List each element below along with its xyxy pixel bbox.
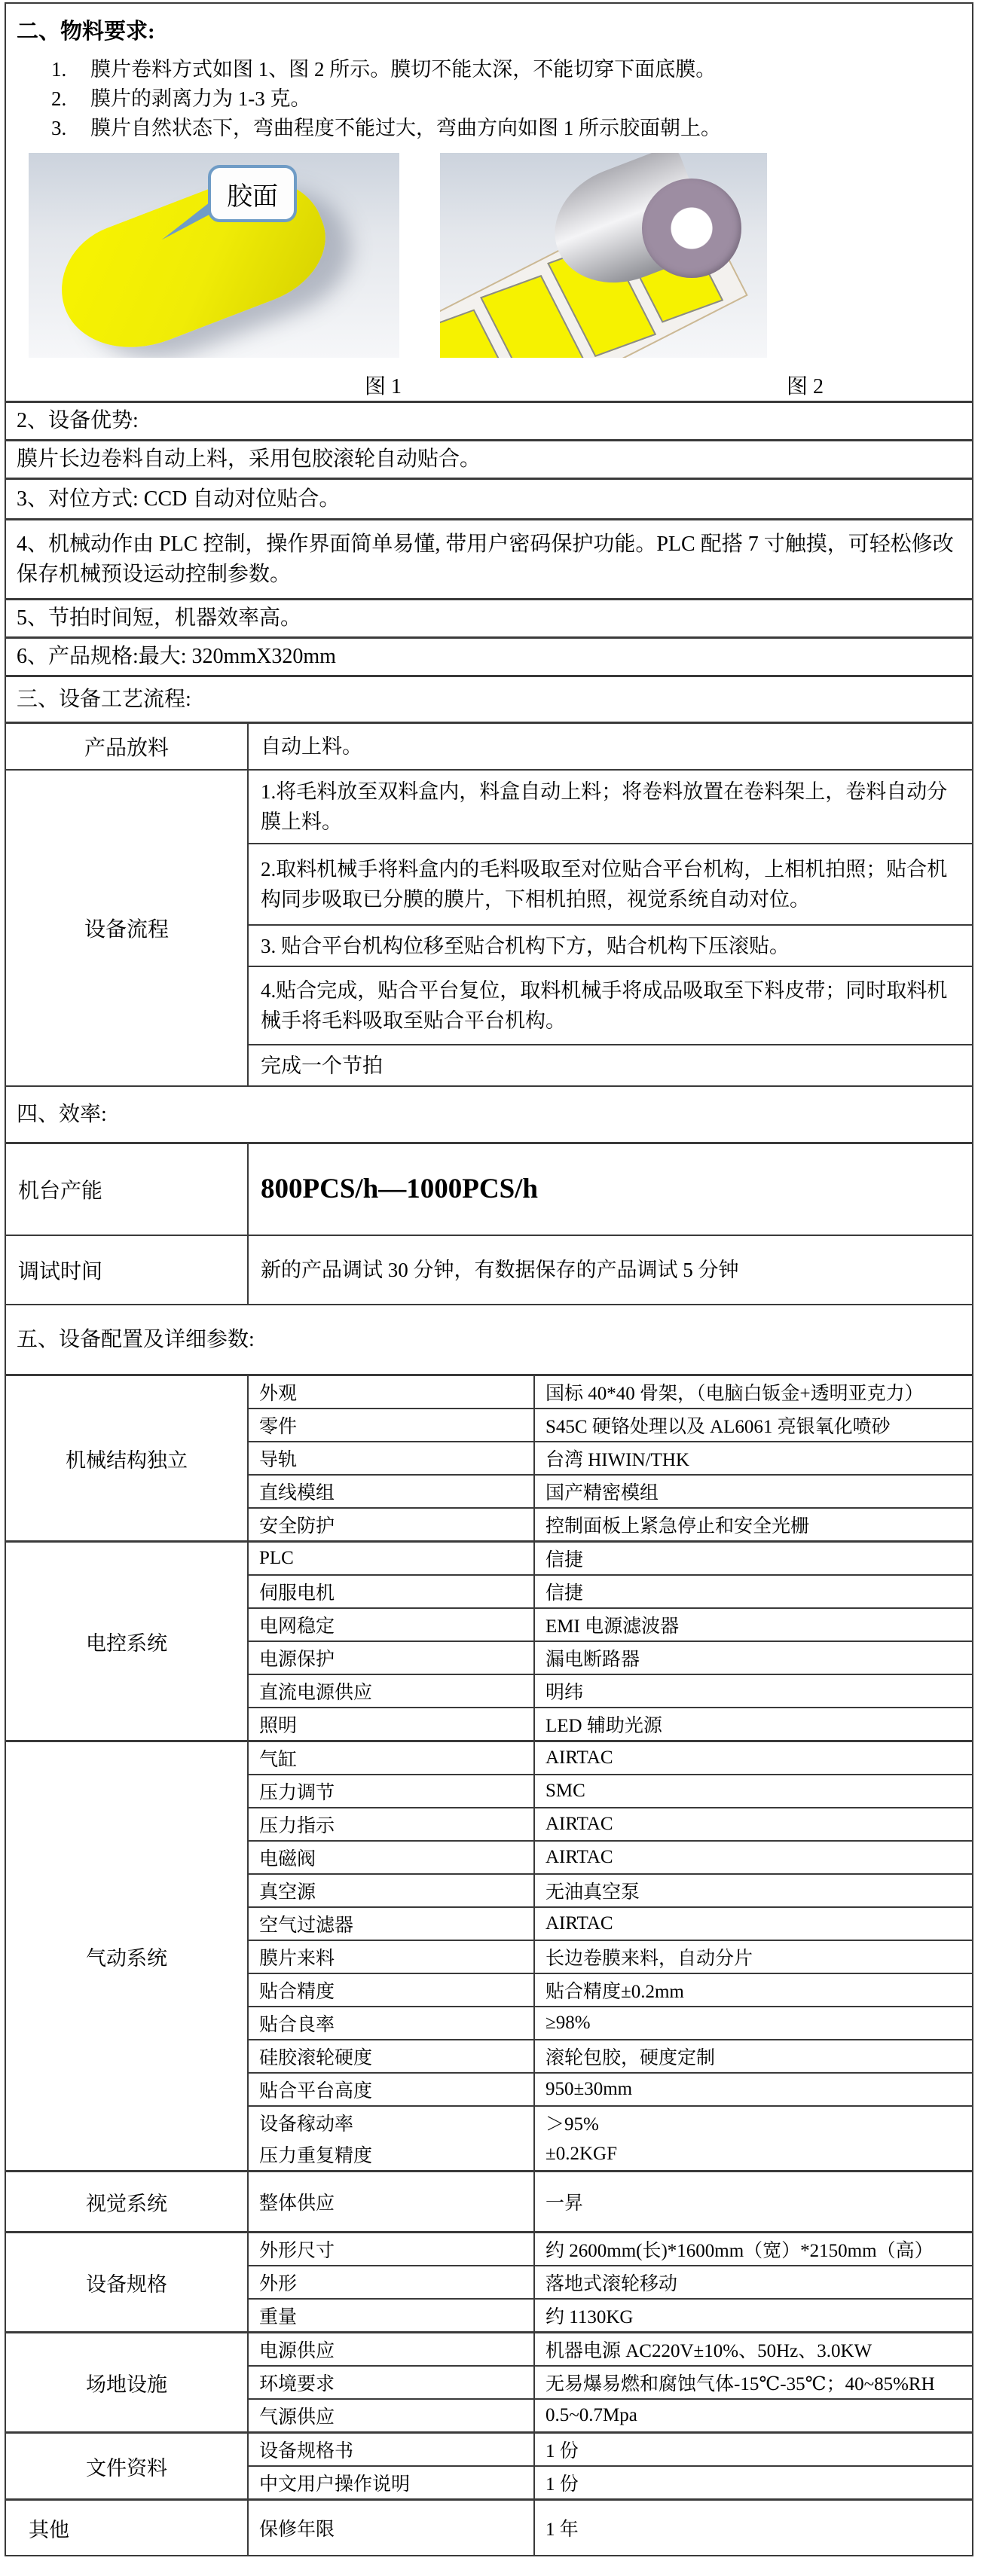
process-title: 三、设备工艺流程: [17,685,191,715]
spec-document: 二、物料要求: 1. 膜片卷料方式如图 1、图 2 所示。膜切不能太深，不能切穿… [5,2,973,2556]
capacity-value: 800PCS/h—1000PCS/h [249,1144,972,1235]
film-sheet-graphic [44,155,342,358]
process-steps: 1.将毛料放至双料盒内，料盒自动上料；将卷料放置在卷料架上，卷料自动分膜上料。 … [249,771,972,1085]
spec-row: 膜片来料长边卷膜来料，自动分片 [249,1941,972,1974]
spec-row: 伺服电机信捷 [249,1576,972,1609]
spec-row: 设备稼动率＞95% [249,2107,972,2138]
list-item-number: 2. [51,84,90,114]
spec-row: 硅胶滚轮硬度滚轮包胶，硬度定制 [249,2040,972,2074]
spec-group-other: 其他 保修年限1 年 [6,2501,972,2555]
capacity-label: 机台产能 [6,1144,249,1235]
spec-row: 压力调节SMC [249,1775,972,1808]
spec-row: 电源供应机器电源 AC220V±10%、50Hz、3.0KW [249,2333,972,2367]
list-item-text: 膜片的剥离力为 1-3 克。 [90,84,963,114]
list-item: 3. 膜片自然状态下，弯曲程度不能过大，弯曲方向如图 1 所示胶面朝上。 [51,114,963,143]
spec-row: 电源保护漏电断路器 [249,1642,972,1675]
adhesive-side-callout: 胶面 [208,165,297,222]
product-spec-row: 6、产品规格:最大: 320mmX320mm [6,639,972,677]
list-item-number: 1. [51,55,90,84]
debug-time-label: 调试时间 [6,1236,249,1304]
spec-row: 压力指示AIRTAC [249,1808,972,1842]
debug-time-value: 新的产品调试 30 分钟，有数据保存的产品调试 5 分钟 [249,1236,972,1304]
cycle-note-row: 5、节拍时间短，机器效率高。 [6,600,972,639]
spec-group-label: 设备规格 [6,2233,249,2331]
spec-row: 设备规格书1 份 [249,2434,972,2467]
efficiency-title-row: 四、效率: [6,1087,972,1144]
spec-row: 空气过滤器AIRTAC [249,1908,972,1941]
material-section-title: 二、物料要求: [17,14,155,45]
spec-row: 气源供应0.5~0.7Mpa [249,2400,972,2431]
spec-row: 贴合良率≥98% [249,2007,972,2040]
spec-group-pneumatic: 气动系统 气缸AIRTAC 压力调节SMC 压力指示AIRTAC 电磁阀AIRT… [6,1742,972,2172]
alignment-row: 3、对位方式: CCD 自动对位贴合。 [6,480,972,520]
efficiency-title: 四、效率: [17,1100,107,1130]
spec-row: 真空源无油真空泵 [249,1875,972,1908]
spec-row: 环境要求无易爆易燃和腐蚀气体-15℃-35℃；40~85%RH [249,2367,972,2400]
spec-table: 机械结构独立 外观国标 40*40 骨架，（电脑白钣金+透明亚克力） 零件S45… [6,1376,972,2555]
advantage-content-row: 膜片长边卷料自动上料，采用包胶滚轮自动贴合。 [6,441,972,480]
material-requirements-section: 二、物料要求: 1. 膜片卷料方式如图 1、图 2 所示。膜切不能太深，不能切穿… [6,4,972,403]
list-item: 2. 膜片的剥离力为 1-3 克。 [51,84,963,114]
process-feed-value: 自动上料。 [249,724,972,769]
process-step: 完成一个节拍 [249,1045,972,1085]
spec-row: 外形落地式滚轮移动 [249,2266,972,2300]
spec-group-documents: 文件资料 设备规格书1 份 中文用户操作说明1 份 [6,2434,972,2501]
config-title-row: 五、设备配置及详细参数: [6,1305,972,1376]
adhesive-side-label: 胶面 [227,175,278,212]
spec-row: 外观国标 40*40 骨架，（电脑白钣金+透明亚克力） [249,1376,972,1409]
spec-row: 电磁阀AIRTAC [249,1842,972,1875]
spec-group-vision: 视觉系统 整体供应一昇 [6,2172,972,2233]
alignment-text: 3、对位方式: CCD 自动对位贴合。 [17,484,340,514]
spec-row: 保修年限1 年 [249,2501,972,2555]
process-flow-label: 设备流程 [6,771,249,1085]
figure1-image: 胶面 [29,153,399,358]
process-feed-row: 产品放料 自动上料。 [6,724,972,771]
spec-group-label: 电控系统 [6,1543,249,1740]
process-feed-label: 产品放料 [6,724,249,769]
capacity-row: 机台产能 800PCS/h—1000PCS/h [6,1144,972,1236]
spec-group-label: 气动系统 [6,1742,249,2170]
process-flow-row: 设备流程 1.将毛料放至双料盒内，料盒自动上料；将卷料放置在卷料架上，卷料自动分… [6,771,972,1087]
list-item-text: 膜片自然状态下，弯曲程度不能过大，弯曲方向如图 1 所示胶面朝上。 [90,114,963,143]
spec-row: 中文用户操作说明1 份 [249,2467,972,2498]
list-item-text: 膜片卷料方式如图 1、图 2 所示。膜切不能太深，不能切穿下面底膜。 [90,55,963,84]
figure1-caption: 图 1 [365,370,402,400]
list-item-number: 3. [51,114,90,143]
plc-note-row: 4、机械动作由 PLC 控制，操作界面简单易懂, 带用户密码保护功能。PLC 配… [6,520,972,600]
spec-row: 压力重复精度±0.2KGF [249,2138,972,2170]
spec-group-label: 场地设施 [6,2333,249,2431]
spec-row: 重量约 1130KG [249,2300,972,2331]
spec-group-label: 文件资料 [6,2434,249,2498]
spec-row: 直线模组国产精密模组 [249,1476,972,1509]
list-item: 1. 膜片卷料方式如图 1、图 2 所示。膜切不能太深，不能切穿下面底膜。 [51,55,963,84]
spec-row: 贴合精度贴合精度±0.2mm [249,1974,972,2007]
spec-row: 贴合平台高度950±30mm [249,2074,972,2107]
process-step: 1.将毛料放至双料盒内，料盒自动上料；将卷料放置在卷料架上，卷料自动分膜上料。 [249,771,972,844]
roll-face-graphic [642,179,741,278]
config-title: 五、设备配置及详细参数: [17,1325,255,1355]
spec-row: 外形尺寸约 2600mm(长)*1600mm（宽）*2150mm（高） [249,2233,972,2266]
spec-row: 整体供应一昇 [249,2172,972,2231]
spec-row: 零件S45C 硬铬处理以及 AL6061 亮银氧化喷砂 [249,1409,972,1442]
advantage-title: 2、设备优势: [17,406,139,436]
spec-row: 安全防护控制面板上紧急停止和安全光栅 [249,1509,972,1540]
product-spec-text: 6、产品规格:最大: 320mmX320mm [17,642,336,672]
process-title-row: 三、设备工艺流程: [6,677,972,724]
cycle-note-text: 5、节拍时间短，机器效率高。 [17,603,301,633]
material-requirements-list: 1. 膜片卷料方式如图 1、图 2 所示。膜切不能太深，不能切穿下面底膜。 2.… [51,55,963,143]
spec-group-mechanical: 机械结构独立 外观国标 40*40 骨架，（电脑白钣金+透明亚克力） 零件S45… [6,1376,972,1543]
spec-group-label: 其他 [6,2501,249,2555]
process-step: 3. 贴合平台机构位移至贴合机构下方，贴合机构下压滚贴。 [249,926,972,967]
spec-row: PLC信捷 [249,1543,972,1576]
spec-group-machine-size: 设备规格 外形尺寸约 2600mm(长)*1600mm（宽）*2150mm（高）… [6,2233,972,2333]
spec-row: 直流电源供应明纬 [249,1675,972,1708]
plc-note-text: 4、机械动作由 PLC 控制，操作界面简单易懂, 带用户密码保护功能。PLC 配… [17,530,961,590]
advantage-text: 膜片长边卷料自动上料，采用包胶滚轮自动贴合。 [17,444,481,475]
debug-time-row: 调试时间 新的产品调试 30 分钟，有数据保存的产品调试 5 分钟 [6,1236,972,1305]
process-step: 4.贴合完成，贴合平台复位，取料机械手将成品吸取至下料皮带；同时取料机械手将毛料… [249,967,972,1045]
spec-group-label: 机械结构独立 [6,1376,249,1540]
spec-row: 电网稳定EMI 电源滤波器 [249,1609,972,1642]
advantage-title-row: 2、设备优势: [6,403,972,441]
spec-row: 气缸AIRTAC [249,1742,972,1775]
spec-group-label: 视觉系统 [6,2172,249,2231]
spec-row: 导轨台湾 HIWIN/THK [249,1442,972,1476]
spec-row: 照明LED 辅助光源 [249,1708,972,1740]
figure2-caption: 图 2 [787,370,824,400]
figure2-image [440,153,767,358]
spec-group-site: 场地设施 电源供应机器电源 AC220V±10%、50Hz、3.0KW 环境要求… [6,2333,972,2434]
process-step: 2.取料机械手将料盒内的毛料吸取至对位贴合平台机构，上相机拍照；贴合机构同步吸取… [249,844,972,926]
spec-group-electrical: 电控系统 PLC信捷 伺服电机信捷 电网稳定EMI 电源滤波器 电源保护漏电断路… [6,1543,972,1742]
